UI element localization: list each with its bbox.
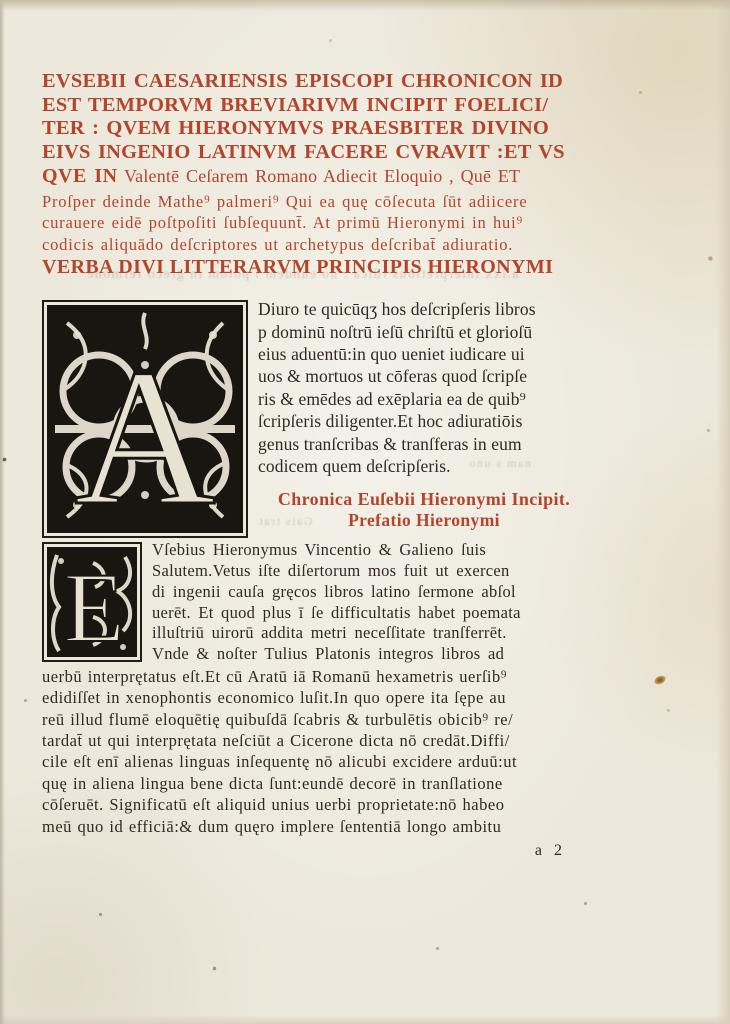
text-block: EVSEBII CAESARIENSIS EPISCOPI CHRONICON … xyxy=(42,70,590,860)
woodcut-initial-e-frame: E xyxy=(42,542,142,662)
prefatio-paragraph-full-width: uerbū interprętatus eſt.Et cū Aratū iā R… xyxy=(42,666,590,837)
incipit-heading-small: Proſper deinde Mathe⁹ palmeri⁹ Qui ea qu… xyxy=(42,191,590,255)
adjuration-section: A Diuro te quicūqʒ hos deſcripſeris libr… xyxy=(42,298,590,531)
svg-text:A: A xyxy=(74,329,216,533)
woodcut-initial-e-icon: E xyxy=(47,547,137,657)
incipit-heading-caps: EVSEBII CAESARIENSIS EPISCOPI CHRONICON … xyxy=(42,70,590,164)
woodcut-initial-a-frame: A xyxy=(42,300,248,538)
paper-speckles xyxy=(0,0,1,1)
incipit-heading-mixed-line: QVE IN Valentē Ceſarem Romano Adiecit El… xyxy=(42,165,590,188)
foxing-spot xyxy=(653,674,667,686)
book-page: a.lxx interpretibus rdica : no eundem i … xyxy=(0,0,730,1024)
verba-heading: VERBA DIVI LITTERARVM PRINCIPIS HIERONYM… xyxy=(42,256,590,279)
prefatio-section: E Vſebius Hieronymus Vincentio & Galieno… xyxy=(42,540,590,836)
svg-text:E: E xyxy=(63,552,124,657)
incipit-line5-rest: Valentē Ceſarem Romano Adiecit Eloquio ,… xyxy=(118,166,521,186)
incipit-line5-caps: QVE IN xyxy=(42,165,118,187)
woodcut-initial-a-icon: A xyxy=(47,305,243,533)
quire-signature: a 2 xyxy=(42,842,590,860)
